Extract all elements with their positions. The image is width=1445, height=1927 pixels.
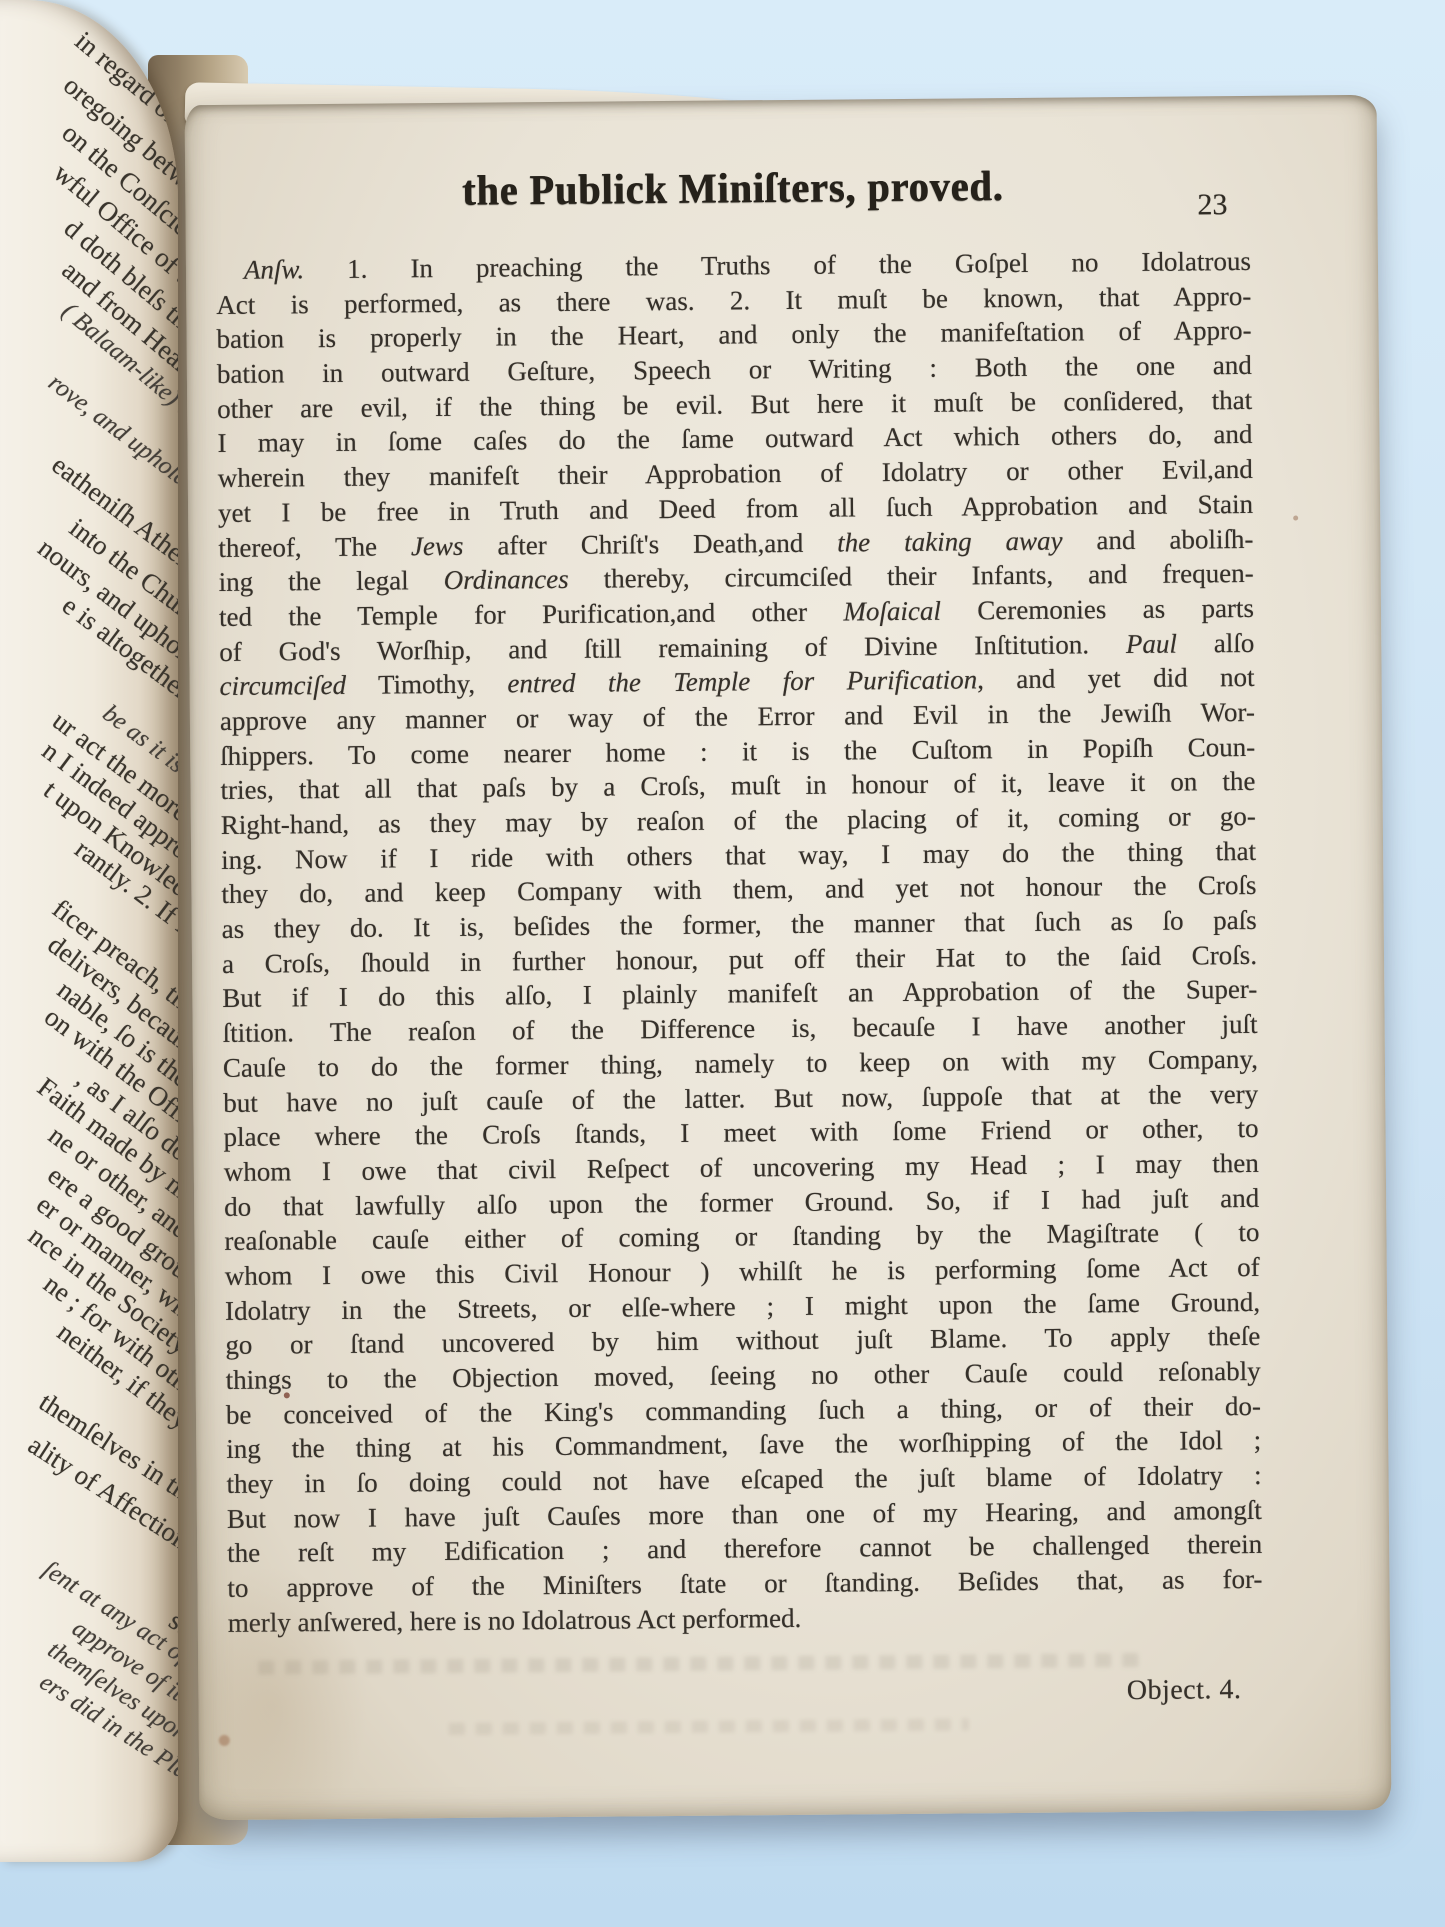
page-number: 23 [1197,188,1227,222]
facing-page: ſo the Conin regard of toregoing betwon … [0,0,178,1862]
foxing-spot [1293,516,1298,521]
show-through-smudge [449,1718,969,1735]
catchword: Object. 4. [1127,1674,1242,1707]
foxing-spot [219,1735,230,1746]
running-header: the Publick Miniſters, proved. [215,159,1250,218]
page-body: Anſw. 1. In preaching the Truths of the … [216,244,1263,1640]
book-page: the Publick Miniſters, proved. 23 Anſw. … [185,95,1392,1820]
book-photo: the Publick Miniſters, proved. 23 Anſw. … [0,0,1445,1927]
show-through-smudge [258,1653,1138,1675]
